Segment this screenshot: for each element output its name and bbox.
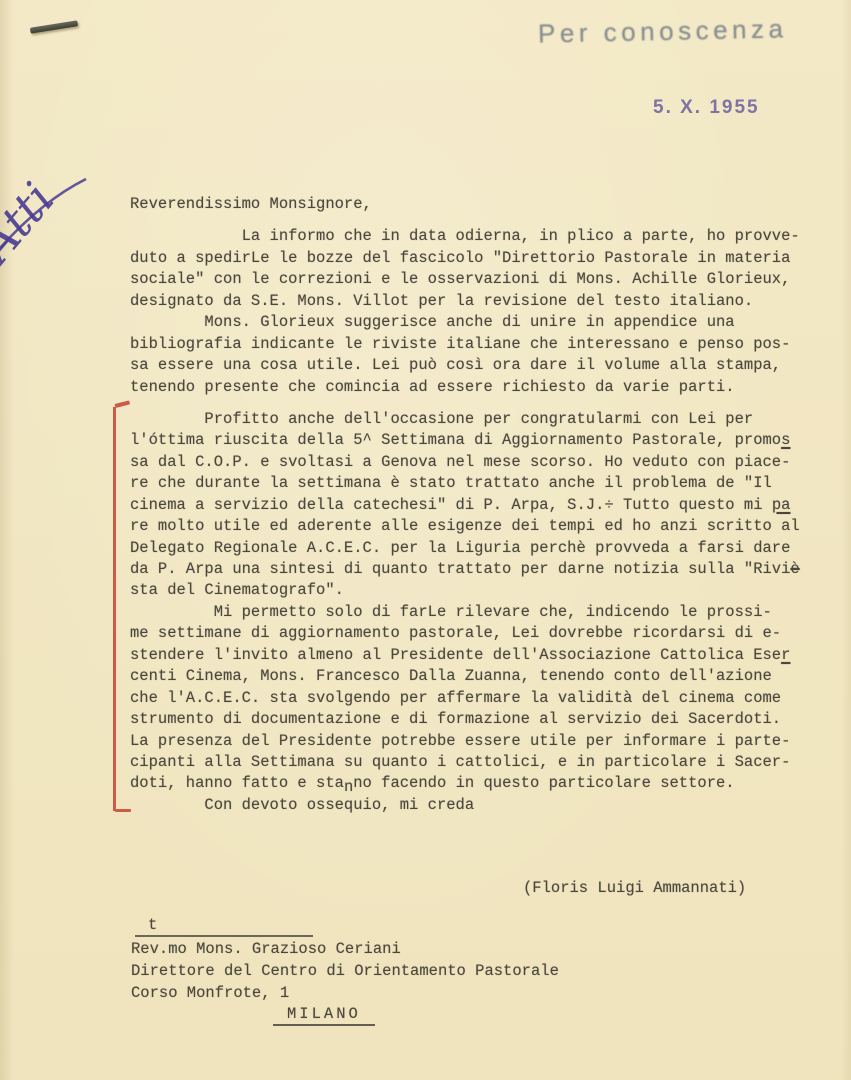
typed-line: sa essere una cosa utile. Lei può così o… (130, 355, 800, 376)
recipient-city: MILANO (273, 1005, 375, 1026)
scanned-letter-page: Atti Per conoscenza 5. X. 1955 Reverendi… (0, 0, 851, 1080)
typed-line: designato da S.E. Mons. Villot per la re… (130, 291, 800, 312)
typed-line: l'óttima riuscita della 5^ Settimana di … (130, 430, 800, 451)
recipient-name: Rev.mo Mons. Grazioso Ceriani (131, 939, 559, 961)
recipient-address: Corso Monfrote, 1 (131, 983, 559, 1005)
typed-line: doti, hanno fatto e stanno facendo in qu… (130, 773, 800, 794)
typed-line: strumento di documentazione e di formazi… (130, 709, 800, 730)
handwritten-atti-text: Atti (0, 172, 65, 274)
typed-line: duto a spedirLe le bozze del fascicolo "… (130, 248, 800, 269)
typed-line: Con devoto ossequio, mi creda (130, 795, 800, 816)
typed-line: Mons. Glorieux suggerisce anche di unire… (130, 312, 800, 333)
recipient-block: t Rev.mo Mons. Grazioso Ceriani Direttor… (131, 916, 559, 1026)
signature-name: (Floris Luigi Ammannati) (523, 879, 746, 897)
staple-mark (30, 20, 78, 33)
typed-line: stendere l'invito almeno al Presidente d… (130, 645, 800, 666)
typed-line: che l'A.C.E.C. sta svolgendo per afferma… (130, 688, 800, 709)
typed-line: La informo che in data odierna, in plico… (130, 226, 800, 247)
typed-line: Mi permetto solo di farLe rilevare che, … (130, 602, 800, 623)
typed-line: La presenza del Presidente potrebbe esse… (130, 731, 800, 752)
typed-line: cinema a servizio della catechesi" di P.… (130, 495, 800, 516)
typed-line: sociale" con le correzioni e le osservaz… (130, 269, 800, 290)
handwritten-annotation: Atti (0, 84, 136, 274)
typed-line: cipanti alla Settimana su quanto i catto… (130, 752, 800, 773)
typed-line: re molto utile ed aderente alle esigenze… (130, 516, 800, 537)
typed-line: sa dal C.O.P. e svoltasi a Genova nel me… (130, 452, 800, 473)
typed-line: sta del Cinematografo". (130, 580, 800, 601)
typed-line: da P. Arpa una sintesi di quanto trattat… (130, 559, 800, 580)
per-conoscenza-stamp: Per conoscenza (538, 13, 788, 49)
typed-line: tenendo presente che comincia ad essere … (130, 377, 800, 398)
typed-line: Delegato Regionale A.C.E.C. per la Ligur… (130, 538, 800, 559)
typed-line: bibliografia indicante le riviste italia… (130, 334, 800, 355)
letter-body: Reverendissimo Monsignore, La informo ch… (130, 194, 800, 816)
recipient-title: Direttore del Centro di Orientamento Pas… (131, 961, 559, 983)
recipient-divider-line (135, 935, 313, 937)
date-stamp: 5. X. 1955 (653, 97, 760, 119)
typed-line: re che durante la settimana è stato trat… (130, 473, 800, 494)
typed-line: me settimane di aggiornamento pastorale,… (130, 623, 800, 644)
typed-line: centi Cinema, Mons. Francesco Dalla Zuan… (130, 666, 800, 687)
typed-line: Profitto anche dell'occasione per congra… (130, 409, 800, 430)
typed-line: Reverendissimo Monsignore, (130, 194, 800, 215)
recipient-tab-mark: t (148, 916, 559, 934)
